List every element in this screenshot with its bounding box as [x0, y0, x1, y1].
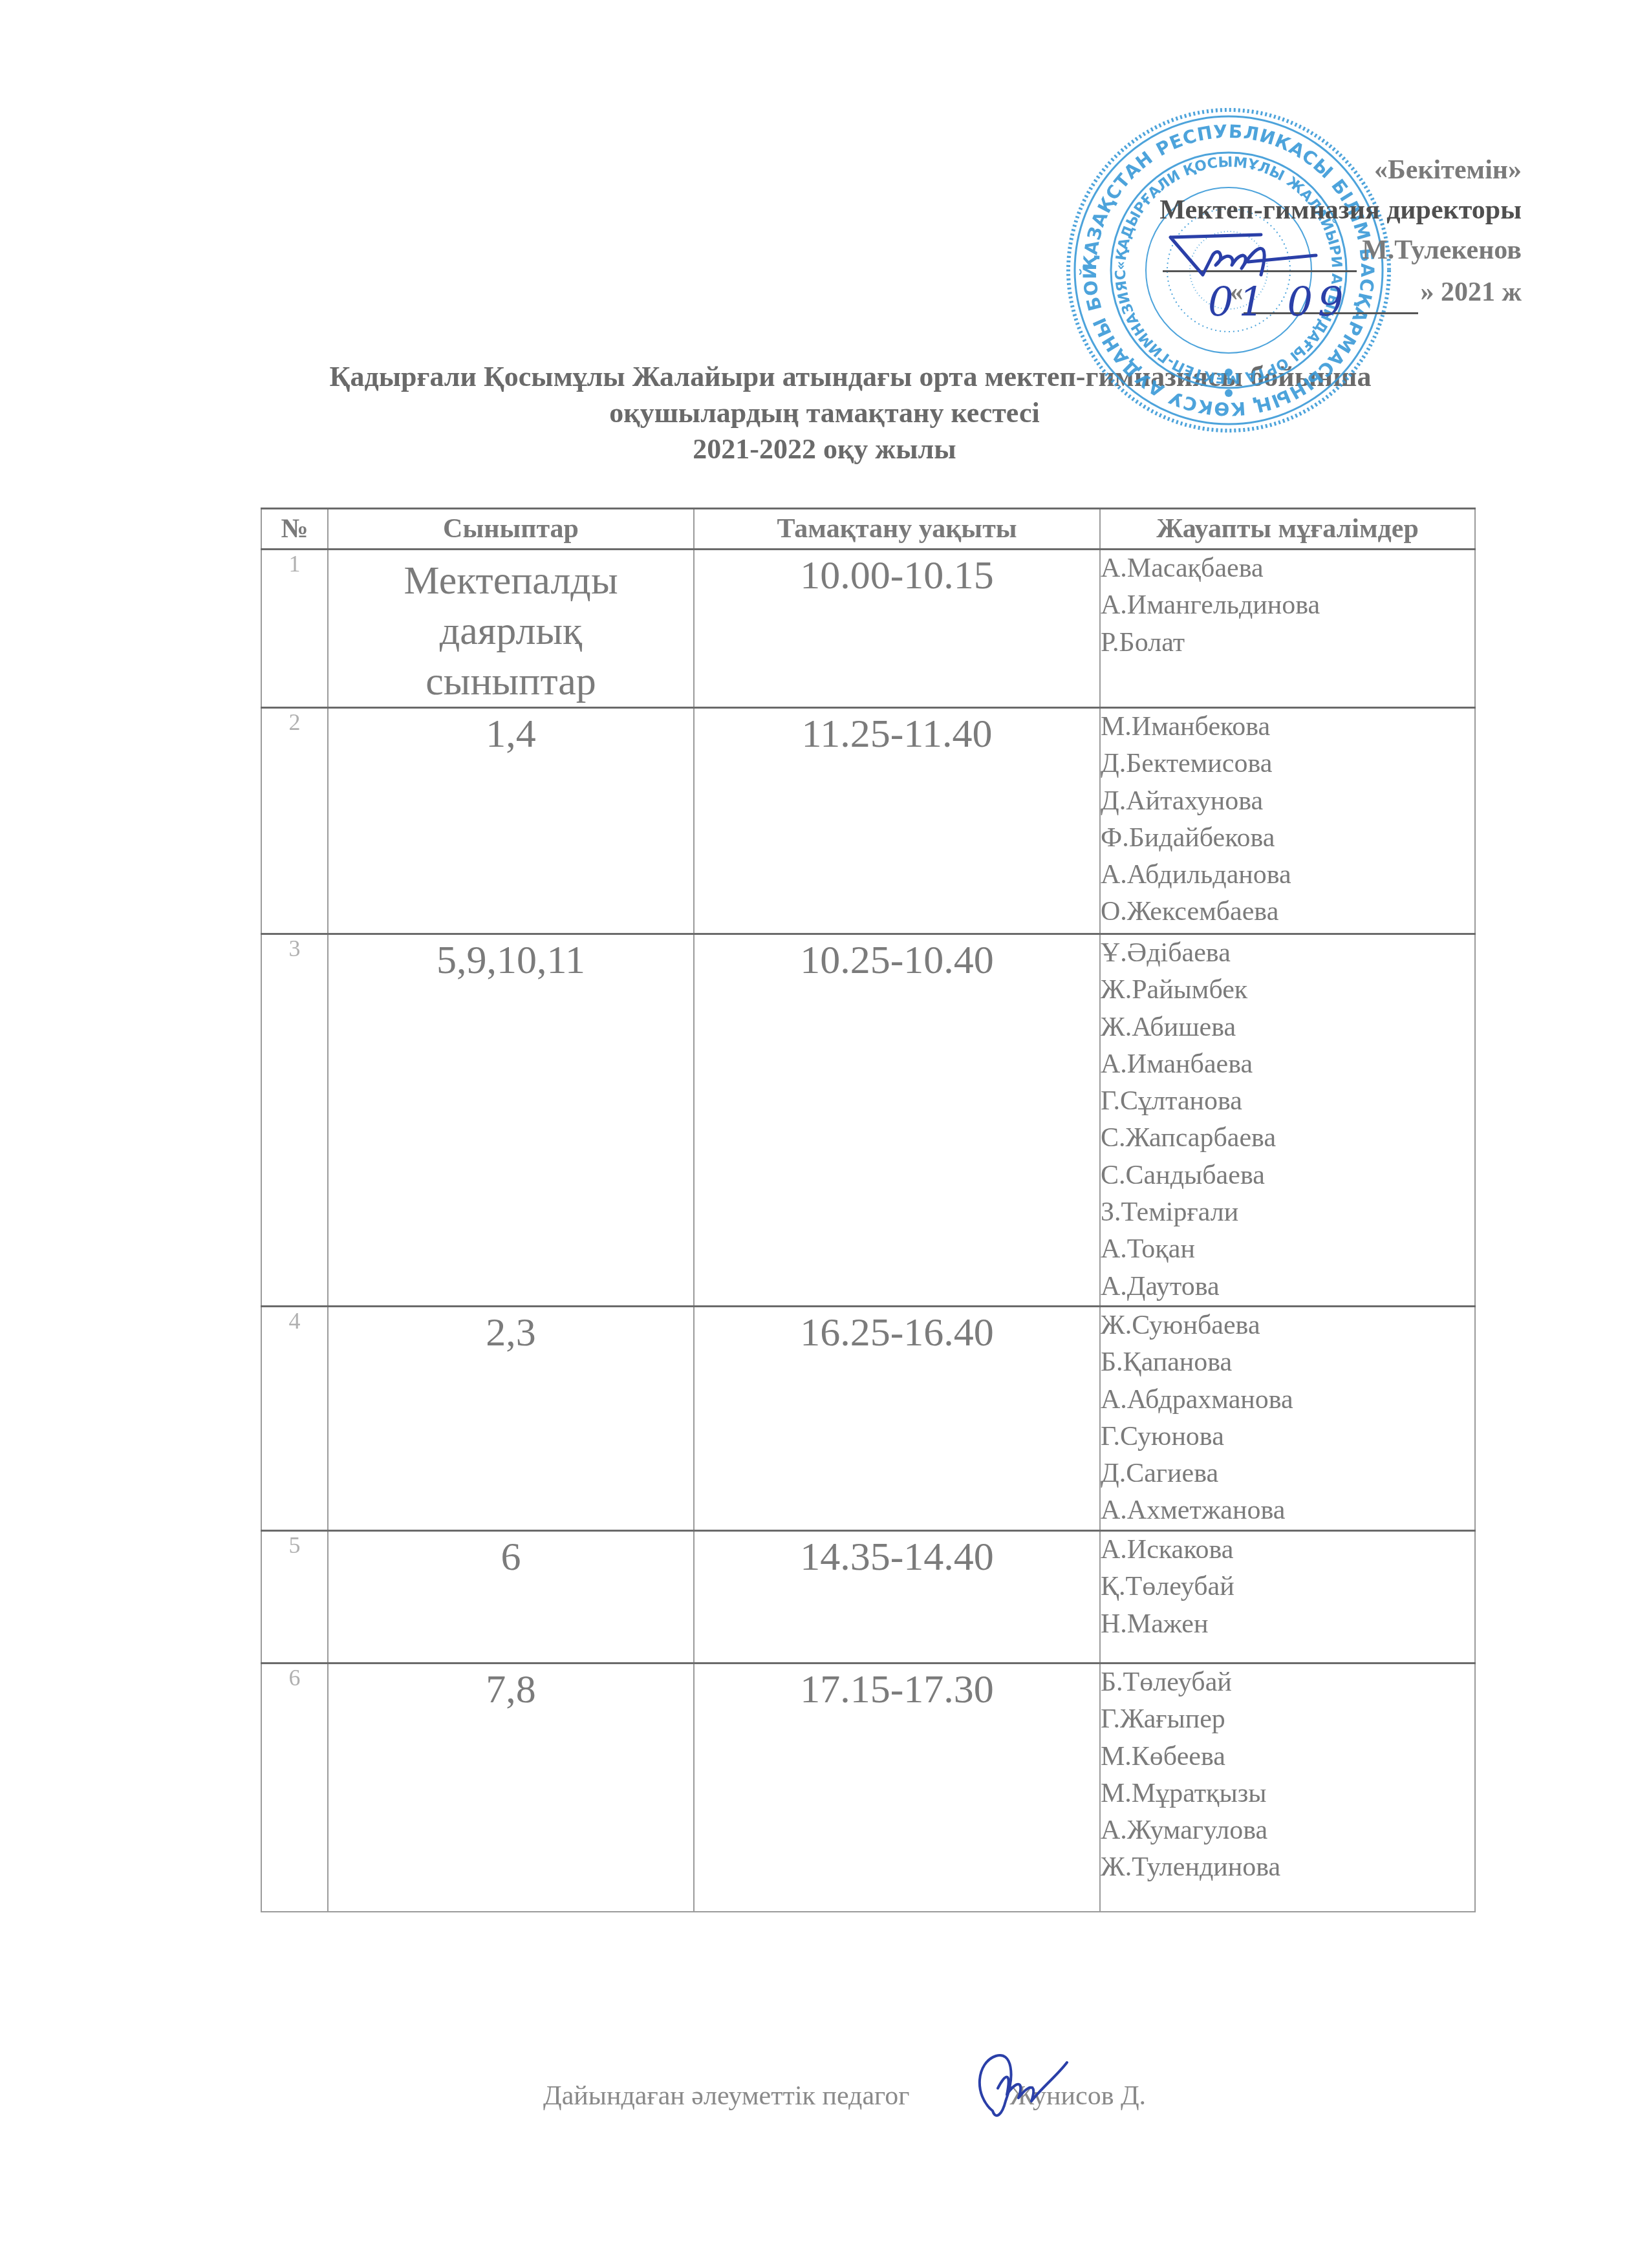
teacher-name: М.Көбеева: [1101, 1738, 1474, 1775]
row-number: 2: [261, 708, 328, 934]
row-classes: 7,8: [328, 1663, 694, 1912]
teacher-name: А.Искакова: [1101, 1532, 1474, 1568]
row-classes: 6: [328, 1530, 694, 1663]
row-meal-time: 11.25-11.40: [694, 708, 1100, 934]
director-position: Мектеп-гимназия директоры: [1159, 190, 1522, 230]
table-row: 35,9,10,1110.25-10.40Ұ.ӘдібаеваЖ.Райымбе…: [261, 934, 1475, 1307]
teacher-name: Ф.Бидайбекова: [1101, 820, 1474, 857]
teacher-name: Д.Сагиева: [1101, 1455, 1474, 1492]
teacher-name: А.Абдильданова: [1101, 857, 1474, 893]
row-number: 4: [261, 1306, 328, 1530]
teacher-name: М.Мұратқызы: [1101, 1775, 1474, 1812]
row-classes: 5,9,10,11: [328, 934, 694, 1307]
row-number: 5: [261, 1530, 328, 1663]
row-classes: Мектепалды даярлық сыныптар: [328, 550, 694, 708]
row-classes: 1,4: [328, 708, 694, 934]
row-meal-time: 17.15-17.30: [694, 1663, 1100, 1912]
prepared-by-label: Дайындаған әлеуметтік педагог: [543, 2081, 909, 2111]
header-teachers: Жауапты мұғалімдер: [1100, 509, 1475, 550]
handwritten-date: 01 09: [1208, 278, 1349, 325]
row-number: 1: [261, 550, 328, 708]
teacher-name: Д.Айтахунова: [1101, 783, 1474, 820]
table-row: 42,316.25-16.40Ж.СуюнбаеваБ.ҚапановаА.Аб…: [261, 1306, 1475, 1530]
table-row: 21,411.25-11.40М.ИманбековаД.Бектемисова…: [261, 708, 1475, 934]
document-title: Қадырғали Қосымұлы Жалайыри атындағы орт…: [0, 359, 1649, 467]
row-teachers: Ж.СуюнбаеваБ.ҚапановаА.АбдрахмановаГ.Сую…: [1100, 1306, 1475, 1530]
teacher-name: А.Даутова: [1101, 1268, 1474, 1305]
row-teachers: М.ИманбековаД.БектемисоваД.АйтахуноваФ.Б…: [1100, 708, 1475, 934]
header-number: №: [261, 509, 328, 550]
date-year: » 2021 ж: [1421, 277, 1522, 307]
table-header-row: № Сыныптар Тамақтану уақыты Жауапты мұға…: [261, 509, 1475, 550]
teacher-name: А.Абдрахманова: [1101, 1382, 1474, 1418]
row-meal-time: 16.25-16.40: [694, 1306, 1100, 1530]
table-row: 5614.35-14.40А.ИскаковаҚ.ТөлеубайН.Мажен: [261, 1530, 1475, 1663]
row-teachers: А.ИскаковаҚ.ТөлеубайН.Мажен: [1100, 1530, 1475, 1663]
teacher-name: А.Тоқан: [1101, 1231, 1474, 1268]
teacher-name: Г.Сұлтанова: [1101, 1083, 1474, 1120]
teacher-name: А.Имангельдинова: [1101, 587, 1474, 624]
table-row: 1Мектепалды даярлық сыныптар10.00-10.15А…: [261, 550, 1475, 708]
teacher-name: Қ.Төлеубай: [1101, 1568, 1474, 1605]
row-number: 6: [261, 1663, 328, 1912]
teacher-name: А.Жумагулова: [1101, 1812, 1474, 1849]
teacher-name: Г.Жағыпер: [1101, 1701, 1474, 1738]
teacher-name: С.Сандыбаева: [1101, 1157, 1474, 1194]
teacher-name: Ж.Райымбек: [1101, 972, 1474, 1009]
row-meal-time: 10.25-10.40: [694, 934, 1100, 1307]
title-line-3: 2021-2022 оқу жылы: [0, 431, 1649, 467]
teacher-name: З.Темірғали: [1101, 1194, 1474, 1231]
teacher-name: С.Жапсарбаева: [1101, 1120, 1474, 1157]
row-teachers: Б.ТөлеубайГ.ЖағыперМ.КөбееваМ.МұратқызыА…: [1100, 1663, 1475, 1912]
teacher-name: Ұ.Әдібаева: [1101, 935, 1474, 972]
meal-schedule-table: № Сыныптар Тамақтану уақыты Жауапты мұға…: [261, 508, 1476, 1912]
row-meal-time: 14.35-14.40: [694, 1530, 1100, 1663]
teacher-name: Ж.Абишева: [1101, 1009, 1474, 1046]
teacher-name: Ж.Суюнбаева: [1101, 1307, 1474, 1344]
teacher-name: Б.Төлеубай: [1101, 1664, 1474, 1701]
teacher-name: О.Жексембаева: [1101, 893, 1474, 930]
title-line-2: оқушылардың тамақтану кестесі: [0, 395, 1649, 431]
row-teachers: Ұ.ӘдібаеваЖ.РайымбекЖ.АбишеваА.Иманбаева…: [1100, 934, 1475, 1307]
row-classes: 2,3: [328, 1306, 694, 1530]
director-name: М.Тулекенов: [1362, 235, 1522, 265]
teacher-name: Ж.Тулендинова: [1101, 1849, 1474, 1886]
header-classes: Сыныптар: [328, 509, 694, 550]
pedagogue-signature-icon: [967, 2049, 1077, 2134]
teacher-name: А.Иманбаева: [1101, 1046, 1474, 1083]
row-meal-time: 10.00-10.15: [694, 550, 1100, 708]
title-line-1: Қадырғали Қосымұлы Жалайыри атындағы орт…: [52, 359, 1649, 395]
row-number: 3: [261, 934, 328, 1307]
teacher-name: Н.Мажен: [1101, 1606, 1474, 1643]
teacher-name: Р.Болат: [1101, 625, 1474, 661]
row-teachers: А.МасақбаеваА.ИмангельдиноваР.Болат: [1100, 550, 1475, 708]
teacher-name: Г.Суюнова: [1101, 1418, 1474, 1455]
teacher-name: М.Иманбекова: [1101, 709, 1474, 745]
teacher-name: Б.Қапанова: [1101, 1344, 1474, 1381]
teacher-name: Д.Бектемисова: [1101, 745, 1474, 782]
approval-heading: «Бекітемін»: [1159, 150, 1522, 190]
teacher-name: А.Масақбаева: [1101, 550, 1474, 587]
teacher-name: А.Ахметжанова: [1101, 1492, 1474, 1529]
table-row: 67,817.15-17.30Б.ТөлеубайГ.ЖағыперМ.Көбе…: [261, 1663, 1475, 1912]
header-meal-time: Тамақтану уақыты: [694, 509, 1100, 550]
